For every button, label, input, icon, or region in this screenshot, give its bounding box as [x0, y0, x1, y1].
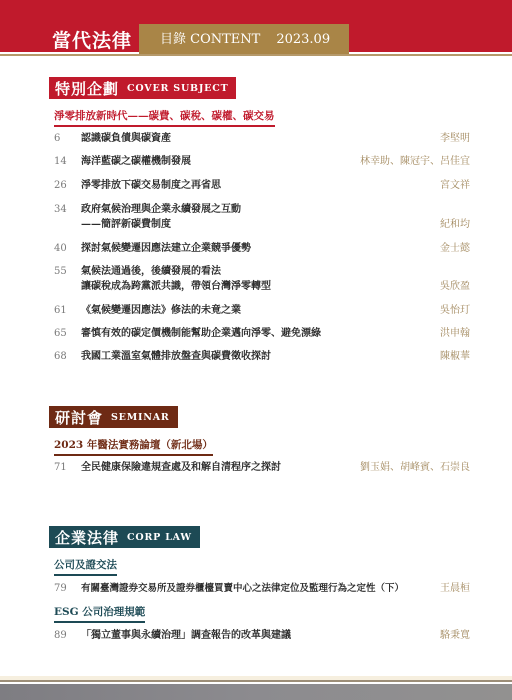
page-number: 68: [54, 350, 67, 364]
magazine-brand: 當代法律: [52, 26, 132, 56]
article-title: 海洋藍碳之碳權機制發展: [81, 155, 191, 169]
article-author: 王晨桓: [440, 582, 470, 596]
footer-rule: [0, 680, 512, 682]
article-title: 「獨立董事與永續治理」調查報告的改革與建議: [81, 629, 291, 643]
article-title: 審慎有效的碳定價機制能幫助企業邁向淨零、避免漂綠: [81, 327, 321, 341]
article-title: 政府氣候治理與企業永續發展之互動: [81, 203, 241, 217]
section-title-en: CORP LAW: [127, 532, 192, 543]
article-title: 我國工業溫室氣體排放盤查與碳費徵收探討: [81, 350, 271, 364]
article-author: 林幸助、陳冠宇、呂佳宜: [360, 155, 470, 169]
subheading: 公司及證交法: [54, 557, 117, 576]
article-title: 全民健康保險違規查處及和解自清程序之探討: [81, 461, 281, 475]
article-subtitle: 讓碳稅成為跨黨派共識，帶領台灣淨零轉型: [81, 280, 271, 294]
page-number: 89: [54, 629, 67, 643]
section-tag-seminar: 研討會 SEMINAR: [49, 406, 178, 428]
article-author: 駱秉寬: [440, 629, 470, 643]
header-rule: [0, 54, 512, 56]
section-title-en: SEMINAR: [111, 412, 170, 423]
footer-gray-band: [0, 684, 512, 700]
section-title-zh: 特別企劃: [55, 78, 119, 99]
article-title: 有關臺灣證券交易所及證券櫃檯買賣中心之法律定位及監理行為之定性（下）: [81, 582, 404, 596]
section-tag-corp-law: 企業法律 CORP LAW: [49, 526, 200, 548]
subheading: ESG 公司治理規範: [54, 604, 145, 623]
article-author: 洪申翰: [440, 327, 470, 341]
page-number: 40: [54, 242, 67, 256]
page-number: 71: [54, 461, 67, 475]
toc-item[interactable]: 34 政府氣候治理與企業永續發展之互動 ——簡評新碳費制度 紀和均: [54, 203, 487, 233]
page-number: 34: [54, 203, 67, 217]
page-number: 55: [54, 265, 67, 279]
page-number: 61: [54, 304, 67, 318]
toc-label: 目錄 CONTENT: [160, 32, 260, 47]
page-number: 79: [54, 582, 67, 596]
article-author: 陳椒華: [440, 350, 470, 364]
article-subtitle: ——簡評新碳費制度: [81, 218, 171, 232]
article-title: 淨零排放下碳交易制度之再省思: [81, 179, 221, 193]
subheading: 2023 年醫法實務論壇（新北場）: [54, 437, 213, 456]
issue-label-box: 目錄 CONTENT2023.09: [139, 24, 349, 56]
article-author: 吳怡玎: [440, 304, 470, 318]
subheading: 淨零排放新時代——碳費、碳稅、碳權、碳交易: [54, 108, 275, 127]
section-title-zh: 研討會: [55, 407, 103, 428]
article-title: 氣候法通過後，後續發展的看法: [81, 265, 221, 279]
section-title-en: COVER SUBJECT: [127, 83, 228, 94]
issue-date: 2023.09: [276, 32, 330, 47]
article-title: 《氣候變遷因應法》修法的未竟之業: [81, 304, 241, 318]
article-author: 李堅明: [440, 132, 470, 146]
page-number: 26: [54, 179, 67, 193]
page-number: 14: [54, 155, 67, 169]
toc-item[interactable]: 55 氣候法通過後，後續發展的看法 讓碳稅成為跨黨派共識，帶領台灣淨零轉型 吳欣…: [54, 265, 487, 295]
article-author: 紀和均: [440, 218, 470, 232]
article-author: 金士懿: [440, 242, 470, 256]
article-author: 吳欣盈: [440, 280, 470, 294]
page-number: 65: [54, 327, 67, 341]
page-number: 6: [54, 132, 60, 146]
article-author: 宮文祥: [440, 179, 470, 193]
section-title-zh: 企業法律: [55, 527, 119, 548]
article-author: 劉玉娟、胡峰賓、石崇良: [360, 461, 470, 475]
section-tag-cover-subject: 特別企劃 COVER SUBJECT: [49, 77, 236, 99]
article-title: 探討氣候變遷因應法建立企業競爭優勢: [81, 242, 251, 256]
article-title: 認識碳負債與碳資產: [81, 132, 171, 146]
